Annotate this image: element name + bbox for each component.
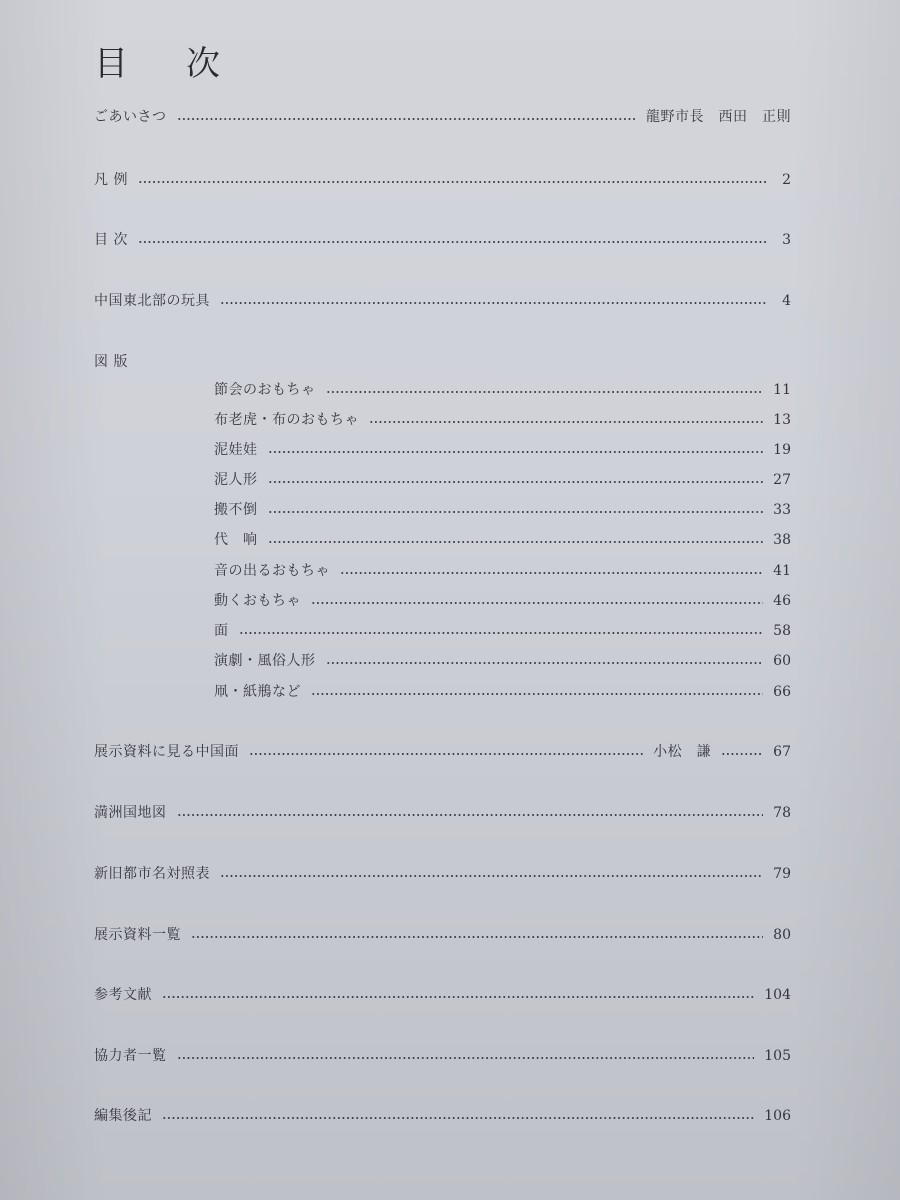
toc-sub-entry[interactable]: 布老虎・布のおもちゃ 13 (214, 410, 791, 430)
toc-entry-page: 19 (773, 440, 791, 460)
toc-entry[interactable]: 新旧都市名対照表 79 (94, 864, 791, 884)
toc-entry-label: 目 次 (94, 230, 128, 250)
toc-entry-label: 搬不倒 (214, 500, 258, 520)
toc-entry-page: 67 (773, 742, 791, 762)
dot-leader (369, 421, 763, 423)
toc-entry-label: 布老虎・布のおもちゃ (214, 410, 359, 430)
toc-entry-label: 節会のおもちゃ (214, 380, 316, 400)
toc-entry-label: 編集後記 (94, 1106, 152, 1126)
dot-leader (162, 996, 754, 998)
toc-sub-entry[interactable]: 音の出るおもちゃ 41 (214, 561, 791, 581)
dot-leader (268, 451, 764, 453)
toc-entry-greeting[interactable]: ごあいさつ 龍野市長 西田 正則 (94, 107, 791, 127)
dot-leader (268, 541, 764, 543)
toc-sub-entry[interactable]: 演劇・風俗人形 60 (214, 651, 791, 671)
toc-sub-entry[interactable]: 節会のおもちゃ 11 (214, 380, 791, 400)
dot-leader (138, 241, 767, 243)
toc-entry-label: 演劇・風俗人形 (214, 651, 316, 671)
toc-entry[interactable]: 編集後記 106 (94, 1106, 791, 1126)
toc-entry-page: 3 (777, 230, 791, 250)
dot-leader (177, 1057, 755, 1059)
toc-entry[interactable]: 満洲国地図 78 (94, 803, 791, 823)
toc-entry-page: 33 (773, 500, 791, 520)
toc-entry-author: 小松 謙 (653, 742, 711, 762)
toc-sub-entry[interactable]: 搬不倒 33 (214, 500, 791, 520)
toc-entry-page: 27 (773, 470, 791, 490)
toc-entry[interactable]: 凡 例 2 (94, 170, 791, 190)
toc-entry[interactable]: 協力者一覧 105 (94, 1046, 791, 1066)
toc-sub-entry[interactable]: 泥人形 27 (214, 470, 791, 490)
toc-entry-page: 104 (764, 985, 791, 1005)
toc-entry-label: 新旧都市名対照表 (94, 864, 210, 884)
toc-sub-entry[interactable]: 動くおもちゃ 46 (214, 591, 791, 611)
toc-entry[interactable]: 目 次 3 (94, 230, 791, 250)
toc-entry-label: 代 响 (214, 530, 258, 550)
dot-leader (162, 1117, 754, 1119)
dot-leader (220, 875, 763, 877)
dot-leader (311, 602, 763, 604)
toc-entry-page: 41 (773, 561, 791, 581)
dot-leader (340, 572, 763, 574)
toc-sub-entry[interactable]: 凧・紙鵧など 66 (214, 682, 791, 702)
dot-leader (249, 753, 643, 755)
page-title-char-1: 目 (94, 44, 186, 84)
toc-entry-page: 38 (773, 530, 791, 550)
dot-leader (326, 391, 764, 393)
toc-entry-label: 音の出るおもちゃ (214, 561, 330, 581)
toc-entry-page: 13 (773, 410, 791, 430)
toc-entry-label: 凧・紙鵧など (214, 682, 301, 702)
toc-entry-page: 2 (777, 170, 791, 190)
toc-sub-entry[interactable]: 泥娃娃 19 (214, 440, 791, 460)
dot-leader (268, 511, 764, 513)
dot-leader (191, 936, 763, 938)
toc-entry-label: 動くおもちゃ (214, 591, 301, 611)
dot-leader (220, 302, 767, 304)
toc-entry-essay[interactable]: 展示資料に見る中国面 小松 謙 67 (94, 742, 791, 762)
dot-leader (177, 814, 764, 816)
toc-entry-page: 79 (773, 864, 791, 884)
toc-entry-page: 80 (773, 925, 791, 945)
toc-entry-label: 展示資料一覧 (94, 925, 181, 945)
toc-entry-label: 満洲国地図 (94, 803, 167, 823)
dot-leader (138, 181, 767, 183)
section-heading-plates: 図 版 (94, 352, 128, 372)
dot-leader (177, 118, 637, 120)
toc-entry-label: 泥人形 (214, 470, 258, 490)
toc-entry[interactable]: 参考文献 104 (94, 985, 791, 1005)
toc-entry-page: 60 (773, 651, 791, 671)
toc-entry-page: 105 (764, 1046, 791, 1066)
page-title-char-2: 次 (186, 44, 220, 84)
toc-entry-page: 66 (773, 682, 791, 702)
toc-entry-page: 58 (773, 621, 791, 641)
toc-entry[interactable]: 中国東北部の玩具 4 (94, 291, 791, 311)
toc-entry-label: 参考文献 (94, 985, 152, 1005)
toc-entry-label: 中国東北部の玩具 (94, 291, 210, 311)
toc-entry-label: 泥娃娃 (214, 440, 258, 460)
toc-entry-label: 協力者一覧 (94, 1046, 167, 1066)
toc-entry-label: 面 (214, 621, 229, 641)
dot-leader (268, 481, 764, 483)
dot-leader (311, 693, 763, 695)
dot-leader (326, 662, 764, 664)
page-title: 目次 (94, 44, 220, 84)
toc-entry-page: 4 (777, 291, 791, 311)
toc-entry-author: 龍野市長 西田 正則 (646, 107, 791, 127)
toc-sub-entry[interactable]: 面 58 (214, 621, 791, 641)
toc-entry-page: 78 (773, 803, 791, 823)
dot-leader (721, 753, 763, 755)
toc-entry-label: ごあいさつ (94, 107, 167, 127)
toc-entry-label: 凡 例 (94, 170, 128, 190)
toc-entry-page: 46 (773, 591, 791, 611)
toc-entry-page: 11 (773, 380, 791, 400)
dot-leader (239, 632, 764, 634)
toc-entry-label: 展示資料に見る中国面 (94, 742, 239, 762)
toc-entry[interactable]: 展示資料一覧 80 (94, 925, 791, 945)
toc-sub-entry[interactable]: 代 响 38 (214, 530, 791, 550)
toc-entry-page: 106 (764, 1106, 791, 1126)
